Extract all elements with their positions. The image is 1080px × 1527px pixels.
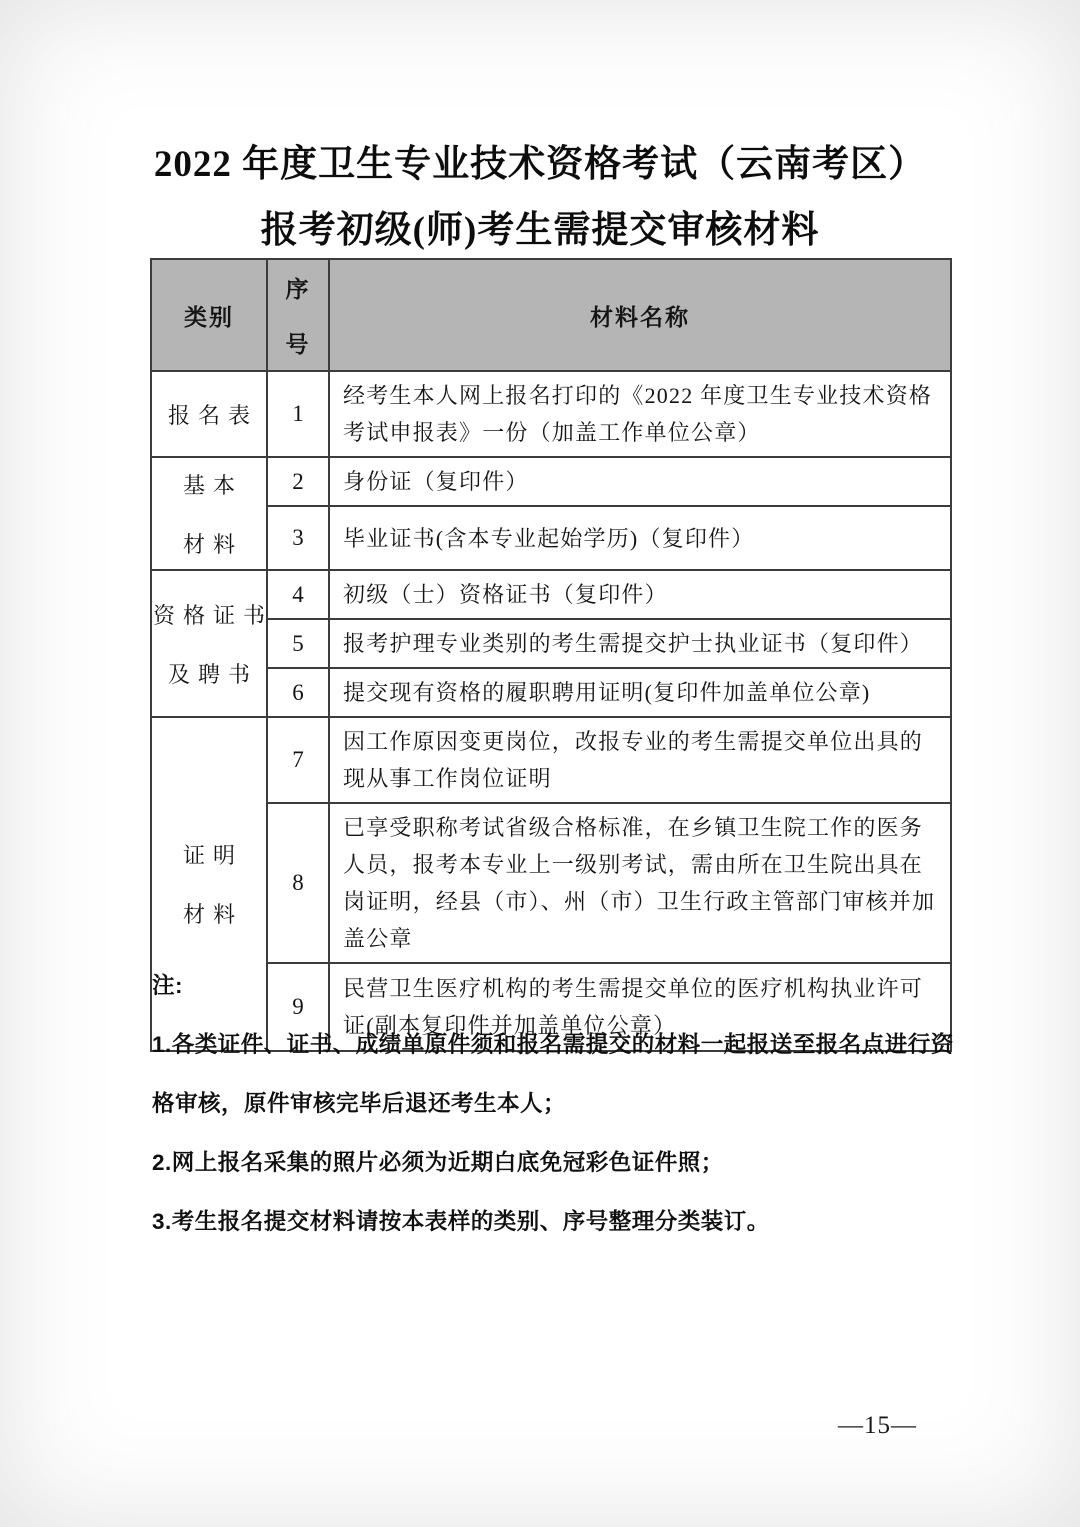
seq-cell-1: 1 [267,371,329,457]
table-row-1: 报名表 1 经考生本人网上报名打印的《2022 年度卫生专业技术资格考试申报表》… [151,371,951,457]
table-row-7: 证明 材料 7 因工作原因变更岗位，改报专业的考生需提交单位出具的现从事工作岗位… [151,717,951,803]
material-cell-5: 报考护理专业类别的考生需提交护士执业证书（复印件） [329,619,951,668]
category-cell-registration-form: 报名表 [151,371,267,457]
table-row-3: 3 毕业证书(含本专业起始学历)（复印件） [151,506,951,570]
category-cell-basic-materials: 基本 材料 [151,457,267,570]
page-title-line-1: 2022 年度卫生专业技术资格考试（云南考区） [0,132,1080,198]
category-line: 资格证书 [145,599,273,630]
page-title: 2022 年度卫生专业技术资格考试（云南考区） 报考初级(师)考生需提交审核材料 [0,132,1080,264]
seq-cell-3: 3 [267,506,329,570]
material-cell-3: 毕业证书(含本专业起始学历)（复印件） [329,506,951,570]
seq-cell-2: 2 [267,457,329,506]
material-cell-2: 身份证（复印件） [329,457,951,506]
material-cell-4: 初级（士）资格证书（复印件） [329,570,951,619]
category-line: 材料 [175,528,243,559]
seq-cell-7: 7 [267,717,329,803]
document-page: 2022 年度卫生专业技术资格考试（云南考区） 报考初级(师)考生需提交审核材料… [0,0,1080,1527]
category-line: 证明 [175,839,243,870]
seq-header-char-bottom: 号 [286,326,311,359]
table-row-6: 6 提交现有资格的履职聘用证明(复印件加盖单位公章) [151,668,951,717]
category-line: 报名表 [160,399,258,430]
note-item-3: 3.考生报名提交材料请按本表样的类别、序号整理分类装订。 [152,1192,958,1251]
notes-section: 注: 1.各类证件、证书、成绩单原件须和报名需提交的材料一起报送至报名点进行资格… [152,956,958,1251]
page-title-line-2: 报考初级(师)考生需提交审核材料 [0,198,1080,264]
table-header-row: 类别 序 号 材料名称 [151,259,951,371]
category-line: 材料 [175,898,243,929]
header-cell-material-name: 材料名称 [329,259,951,371]
material-cell-1: 经考生本人网上报名打印的《2022 年度卫生专业技术资格考试申报表》一份（加盖工… [329,371,951,457]
seq-cell-4: 4 [267,570,329,619]
seq-cell-6: 6 [267,668,329,717]
category-line: 基本 [175,469,243,500]
note-item-2: 2.网上报名采集的照片必须为近期白底免冠彩色证件照； [152,1133,958,1192]
notes-label: 注: [152,956,958,1015]
material-cell-6: 提交现有资格的履职聘用证明(复印件加盖单位公章) [329,668,951,717]
material-cell-8: 已享受职称考试省级合格标准，在乡镇卫生院工作的医务人员，报考本专业上一级别考试，… [329,803,951,963]
page-number: —15— [838,1412,917,1440]
table-row-8: 8 已享受职称考试省级合格标准，在乡镇卫生院工作的医务人员，报考本专业上一级别考… [151,803,951,963]
materials-table: 类别 序 号 材料名称 报名表 1 经考生本人网上报名打印的《2022 年度卫生… [150,258,952,1052]
table-row-4: 资格证书 及聘书 4 初级（士）资格证书（复印件） [151,570,951,619]
material-cell-7: 因工作原因变更岗位，改报专业的考生需提交单位出具的现从事工作岗位证明 [329,717,951,803]
header-cell-category: 类别 [151,259,267,371]
note-item-1: 1.各类证件、证书、成绩单原件须和报名需提交的材料一起报送至报名点进行资格审核，… [152,1015,958,1133]
seq-header-char-top: 序 [286,271,311,304]
seq-cell-5: 5 [267,619,329,668]
header-cell-seq: 序 号 [267,259,329,371]
category-cell-qualification-certificates: 资格证书 及聘书 [151,570,267,717]
category-line: 及聘书 [160,658,258,689]
seq-cell-8: 8 [267,803,329,963]
table-row-2: 基本 材料 2 身份证（复印件） [151,457,951,506]
